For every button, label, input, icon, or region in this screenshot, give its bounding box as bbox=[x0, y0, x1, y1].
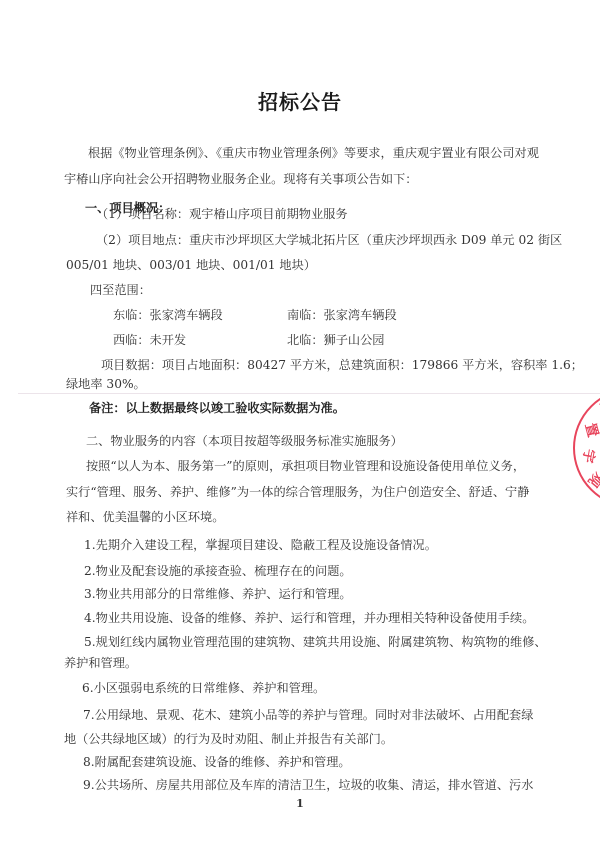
service-item-7-line-1: 7.公用绿地、景观、花木、建筑小品等的养护与管理。同时对非法破坏、占用配套绿 bbox=[83, 707, 533, 723]
boundaries-label: 四至范围： bbox=[90, 282, 151, 298]
intro-line-1: 根据《物业管理条例》、《重庆市物业管理条例》等要求，重庆观宇置业有限公司对观 bbox=[88, 145, 539, 161]
project-data-line-2: 绿地率 30%。 bbox=[66, 376, 146, 392]
section2-para-line-3: 祥和、优美温馨的小区环境。 bbox=[66, 509, 224, 525]
project-data-line-1: 项目数据：项目占地面积：80427 平方米，总建筑面积：179866 平方米，容… bbox=[101, 357, 583, 373]
service-item-4: 4.物业共用设施、设备的维修、养护、运行和管理，并办理相关特种设备使用手续。 bbox=[84, 610, 534, 626]
section2-para-line-1: 按照“以人为本、服务第一”的原则，承担项目物业管理和设施设备使用单位义务， bbox=[86, 458, 525, 474]
stamp-char: 观 bbox=[584, 468, 600, 492]
service-item-7-line-2: 地（公共绿地区域）的行为及时劝阻、制止并报告有关部门。 bbox=[64, 731, 393, 747]
intro-line-2: 宇椿山序向社会公开招聘物业服务企业。现将有关事项公告如下： bbox=[64, 171, 417, 187]
service-item-6: 6.小区强弱电系统的日常维修、养护和管理。 bbox=[82, 680, 325, 696]
boundary-east: 东临：张家湾车辆段 bbox=[113, 307, 223, 323]
stamp-char: 置 bbox=[581, 421, 600, 440]
service-item-3: 3.物业共用部分的日常维修、养护、运行和管理。 bbox=[84, 586, 352, 602]
section2-para-line-2: 实行“管理、服务、养护、维修”为一体的综合管理服务，为住户创造安全、舒适、宁静 bbox=[66, 484, 529, 500]
project-name: （1）项目名称：观宇椿山序项目前期物业服务 bbox=[96, 206, 348, 222]
company-seal-stamp: 置 置 宇 观 bbox=[573, 388, 600, 508]
stamp-char: 宇 bbox=[578, 447, 600, 464]
service-item-5-line-2: 养护和管理。 bbox=[64, 655, 137, 671]
section2-heading: 二、物业服务的内容（本项目按超等级服务标准实施服务） bbox=[86, 433, 403, 449]
divider-line bbox=[18, 393, 600, 394]
boundary-south: 南临：张家湾车辆段 bbox=[287, 307, 397, 323]
document-title: 招标公告 bbox=[0, 86, 600, 115]
data-note: 备注：以上数据最终以竣工验收实际数据为准。 bbox=[89, 400, 345, 416]
boundary-north: 北临：狮子山公园 bbox=[287, 332, 385, 348]
stamp-char: 置 bbox=[596, 392, 600, 416]
project-location-line-1: （2）项目地点：重庆市沙坪坝区大学城北拓片区（重庆沙坪坝西永 D09 单元 02… bbox=[96, 232, 562, 248]
page-number: 1 bbox=[0, 797, 600, 810]
service-item-1: 1.先期介入建设工程，掌握项目建设、隐蔽工程及设施设备情况。 bbox=[84, 537, 437, 553]
service-item-8: 8.附属配套建筑设施、设备的维修、养护和管理。 bbox=[83, 754, 351, 770]
service-item-9: 9.公共场所、房屋共用部位及车库的清洁卫生，垃圾的收集、清运，排水管道、污水 bbox=[83, 777, 533, 793]
service-item-2: 2.物业及配套设施的承接查验、梳理存在的问题。 bbox=[84, 563, 352, 579]
boundary-west: 西临：未开发 bbox=[113, 332, 186, 348]
project-location-line-2: 005/01 地块、003/01 地块、001/01 地块） bbox=[66, 257, 316, 273]
service-item-5-line-1: 5.规划红线内属物业管理范围的建筑物、建筑共用设施、附属建筑物、构筑物的维修、 bbox=[84, 634, 547, 650]
document-page: 招标公告 根据《物业管理条例》、《重庆市物业管理条例》等要求，重庆观宇置业有限公… bbox=[0, 0, 600, 848]
